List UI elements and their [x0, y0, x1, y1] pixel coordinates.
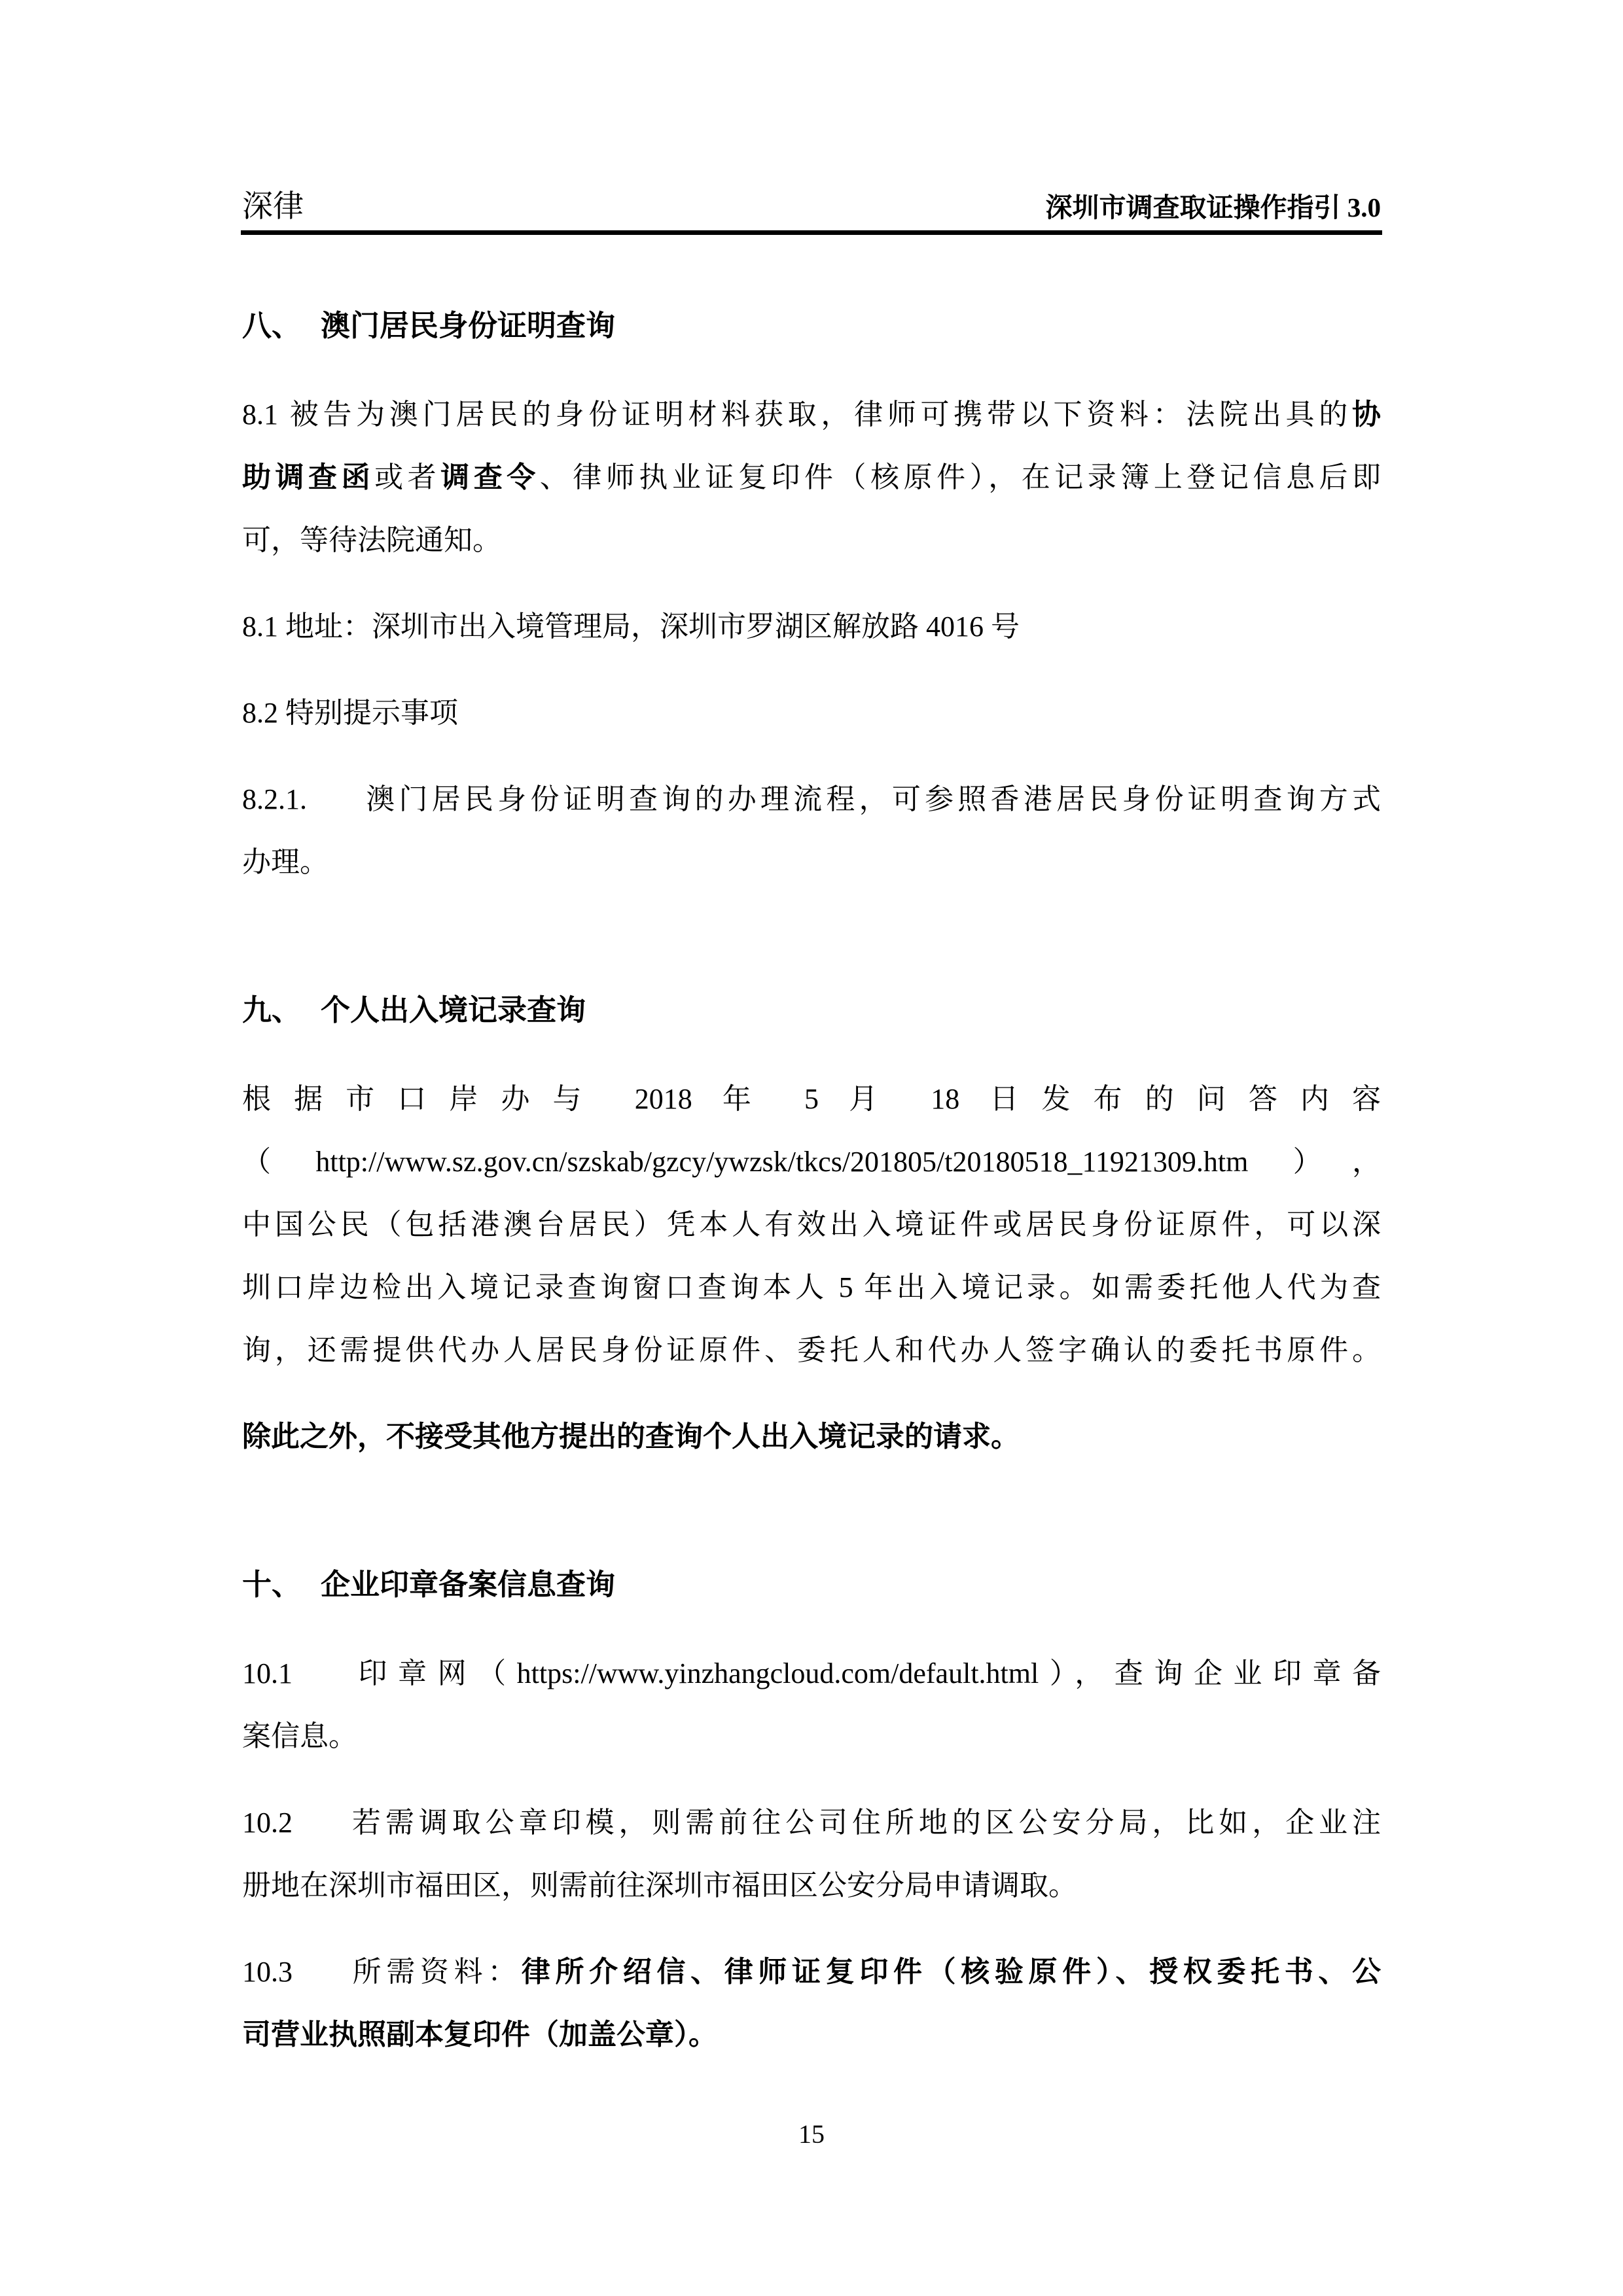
doc-line: 8.1 被告为澳门居民的身份证明材料获取，律师可携带以下资料：法院出具的协 — [242, 383, 1381, 446]
doc-line: 中国公民（包括港澳台居民）凭本人有效出入境证件或居民身份证原件，可以深 — [242, 1193, 1381, 1256]
doc-line: 案信息。 — [242, 1705, 1381, 1768]
text-run: 8.2.1. — [242, 783, 307, 815]
doc-line: 询，还需提供代办人居民身份证原件、委托人和代办人签字确认的委托书原件。 — [242, 1319, 1381, 1382]
document-body: 八、澳门居民身份证明查询8.1 被告为澳门居民的身份证明材料获取，律师可携带以下… — [242, 294, 1381, 2090]
text-run: 印章网（https://www.yinzhangcloud.com/defaul… — [348, 1657, 1381, 1689]
document-page: 深律 深圳市调查取证操作指引 3.0 八、澳门居民身份证明查询8.1 被告为澳门… — [0, 0, 1623, 2296]
text-run: 所需资料： — [348, 1956, 522, 1988]
paragraph: 10.2若需调取公章印模，则需前往公司住所地的区公安分局，比如，企业注册地在深圳… — [242, 1792, 1381, 1917]
text-run: 询，还需提供代办人居民身份证原件、委托人和代办人签字确认的委托书原件。 — [242, 1334, 1381, 1366]
doc-line: 8.1 地址：深圳市出入境管理局，深圳市罗湖区解放路 4016 号 — [242, 595, 1381, 658]
doc-line: 根据市口岸办与 2018 年 5 月 18 日发布的问答内容 — [242, 1068, 1381, 1131]
page-number: 15 — [798, 2119, 825, 2149]
section-heading: 八、澳门居民身份证明查询 — [242, 294, 1381, 357]
text-run: 可，等待法院通知。 — [242, 524, 501, 556]
doc-line: 除此之外，不接受其他方提出的查询个人出入境记录的请求。 — [242, 1405, 1381, 1468]
text-run: 或者 — [374, 461, 440, 493]
text-run-bold: 律所介绍信、律师证复印件（核验原件）、授权委托书、公 — [522, 1956, 1381, 1988]
doc-line: 8.2.1.澳门居民身份证明查询的办理流程，可参照香港居民身份证明查询方式 — [242, 768, 1381, 831]
header-document-title: 深圳市调查取证操作指引 3.0 — [1046, 190, 1382, 224]
paragraph: 8.2.1.澳门居民身份证明查询的办理流程，可参照香港居民身份证明查询方式办理。 — [242, 768, 1381, 894]
doc-line: 10.3所需资料：律所介绍信、律师证复印件（核验原件）、授权委托书、公 — [242, 1941, 1381, 2004]
text-run: 8.1 被告为澳门居民的身份证明材料获取，律师可携带以下资料：法院出具的 — [242, 398, 1352, 431]
text-run: 册地在深圳市福田区，则需前往深圳市福田区公安分局申请调取。 — [242, 1869, 1077, 1901]
text-run: 8.1 地址：深圳市出入境管理局，深圳市罗湖区解放路 4016 号 — [242, 610, 1020, 643]
doc-line: 可，等待法院通知。 — [242, 509, 1381, 572]
text-run: 案信息。 — [242, 1720, 357, 1752]
text-run-bold: 助调查函 — [242, 461, 374, 493]
text-run-bold: 调查令 — [440, 461, 540, 493]
text-run-bold: 协 — [1352, 398, 1381, 431]
paragraph: 除此之外，不接受其他方提出的查询个人出入境记录的请求。 — [242, 1405, 1381, 1468]
doc-line: 圳口岸边检出入境记录查询窗口查询本人 5 年出入境记录。如需委托他人代为查 — [242, 1256, 1381, 1319]
text-run: 圳口岸边检出入境记录查询窗口查询本人 5 年出入境记录。如需委托他人代为查 — [242, 1271, 1381, 1303]
text-run: （http://www.sz.gov.cn/szskab/gzcy/ywzsk/… — [242, 1146, 1381, 1178]
header-logo-text: 深律 — [242, 190, 304, 224]
text-run: 若需调取公章印模，则需前往公司住所地的区公安分局，比如，企业注 — [348, 1807, 1381, 1839]
text-run: 、律师执业证复印件（核原件），在记录簿上登记信息后即 — [540, 461, 1381, 493]
doc-line: 司营业执照副本复印件（加盖公章）。 — [242, 2004, 1381, 2066]
text-run: 中国公民（包括港澳台居民）凭本人有效出入境证件或居民身份证原件，可以深 — [242, 1209, 1381, 1241]
paragraph: 8.2 特别提示事项 — [242, 682, 1381, 745]
section-number: 八、 — [242, 309, 301, 342]
text-run: 10.1 — [242, 1657, 293, 1689]
page-footer: 15 — [0, 2115, 1623, 2154]
paragraph: 10.3所需资料：律所介绍信、律师证复印件（核验原件）、授权委托书、公司营业执照… — [242, 1941, 1381, 2066]
paragraph: 8.1 地址：深圳市出入境管理局，深圳市罗湖区解放路 4016 号 — [242, 595, 1381, 658]
doc-line: （http://www.sz.gov.cn/szskab/gzcy/ywzsk/… — [242, 1131, 1381, 1193]
doc-line: 册地在深圳市福田区，则需前往深圳市福田区公安分局申请调取。 — [242, 1854, 1381, 1917]
section-number: 九、 — [242, 994, 301, 1027]
header-rule — [241, 230, 1382, 235]
text-run: 办理。 — [242, 846, 329, 878]
paragraph: 根据市口岸办与 2018 年 5 月 18 日发布的问答内容（http://ww… — [242, 1068, 1381, 1382]
text-run: 8.2 特别提示事项 — [242, 697, 458, 729]
doc-line: 8.2 特别提示事项 — [242, 682, 1381, 745]
page-header: 深律 深圳市调查取证操作指引 3.0 — [242, 190, 1381, 224]
text-run: 10.2 — [242, 1807, 293, 1839]
text-run: 澳门居民身份证明查询的办理流程，可参照香港居民身份证明查询方式 — [362, 783, 1381, 815]
text-run-bold: 司营业执照副本复印件（加盖公章）。 — [242, 2019, 717, 2051]
doc-line: 10.1印章网（https://www.yinzhangcloud.com/de… — [242, 1642, 1381, 1705]
section-number: 十、 — [242, 1568, 301, 1601]
doc-line: 助调查函或者调查令、律师执业证复印件（核原件），在记录簿上登记信息后即 — [242, 446, 1381, 509]
doc-line: 10.2若需调取公章印模，则需前往公司住所地的区公安分局，比如，企业注 — [242, 1792, 1381, 1854]
text-run: 10.3 — [242, 1956, 293, 1988]
paragraph: 10.1印章网（https://www.yinzhangcloud.com/de… — [242, 1642, 1381, 1768]
doc-line: 办理。 — [242, 831, 1381, 894]
section-heading: 九、个人出入境记录查询 — [242, 979, 1381, 1042]
text-run: 根据市口岸办与 2018 年 5 月 18 日发布的问答内容 — [242, 1083, 1381, 1115]
section-heading: 十、企业印章备案信息查询 — [242, 1553, 1381, 1616]
paragraph: 8.1 被告为澳门居民的身份证明材料获取，律师可携带以下资料：法院出具的协助调查… — [242, 383, 1381, 572]
text-run-bold: 除此之外，不接受其他方提出的查询个人出入境记录的请求。 — [242, 1421, 1020, 1453]
